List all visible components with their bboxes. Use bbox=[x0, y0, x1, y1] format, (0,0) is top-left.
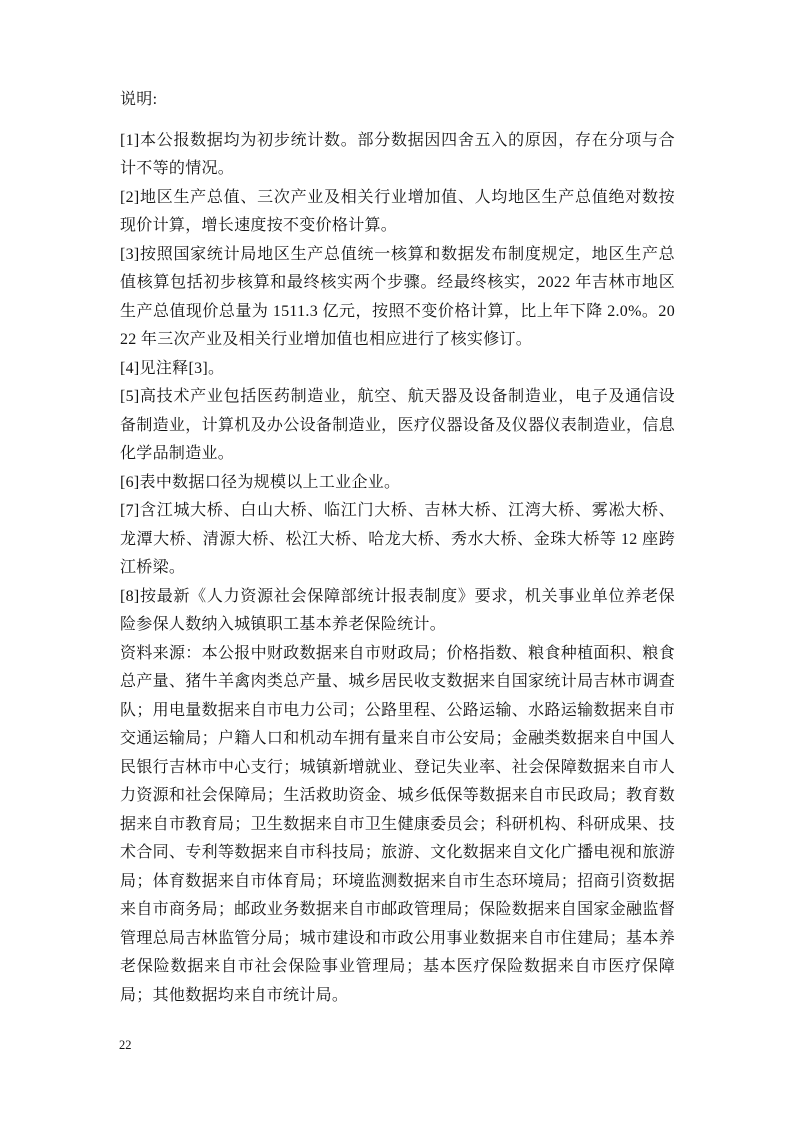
note-paragraph-8: [8]按最新《人力资源社会保障部统计报表制度》要求，机关事业单位养老保险参保人数… bbox=[120, 583, 675, 640]
note-paragraph-3: [3]按照国家统计局地区生产总值统一核算和数据发布制度规定，地区生产总值核算包括… bbox=[120, 241, 675, 355]
notes-heading: 说明: bbox=[120, 86, 675, 115]
note-paragraph-2: [2]地区生产总值、三次产业及相关行业增加值、人均地区生产总值绝对数按现价计算，… bbox=[120, 184, 675, 241]
note-paragraph-1: [1]本公报数据均为初步统计数。部分数据因四舍五入的原因，存在分项与合计不等的情… bbox=[120, 127, 675, 184]
sources-paragraph: 资料来源：本公报中财政数据来自市财政局；价格指数、粮食种植面积、粮食总产量、猪牛… bbox=[120, 640, 675, 1011]
document-page: 说明: [1]本公报数据均为初步统计数。部分数据因四舍五入的原因，存在分项与合计… bbox=[0, 0, 794, 1123]
note-paragraph-6: [6]表中数据口径为规模以上工业企业。 bbox=[120, 469, 675, 498]
note-paragraph-4: [4]见注释[3]。 bbox=[120, 355, 675, 384]
note-paragraph-7: [7]含江城大桥、白山大桥、临江门大桥、吉林大桥、江湾大桥、雾凇大桥、龙潭大桥、… bbox=[120, 497, 675, 583]
note-paragraph-5: [5]高技术产业包括医药制造业，航空、航天器及设备制造业，电子及通信设备制造业，… bbox=[120, 383, 675, 469]
page-number: 22 bbox=[119, 1038, 132, 1053]
